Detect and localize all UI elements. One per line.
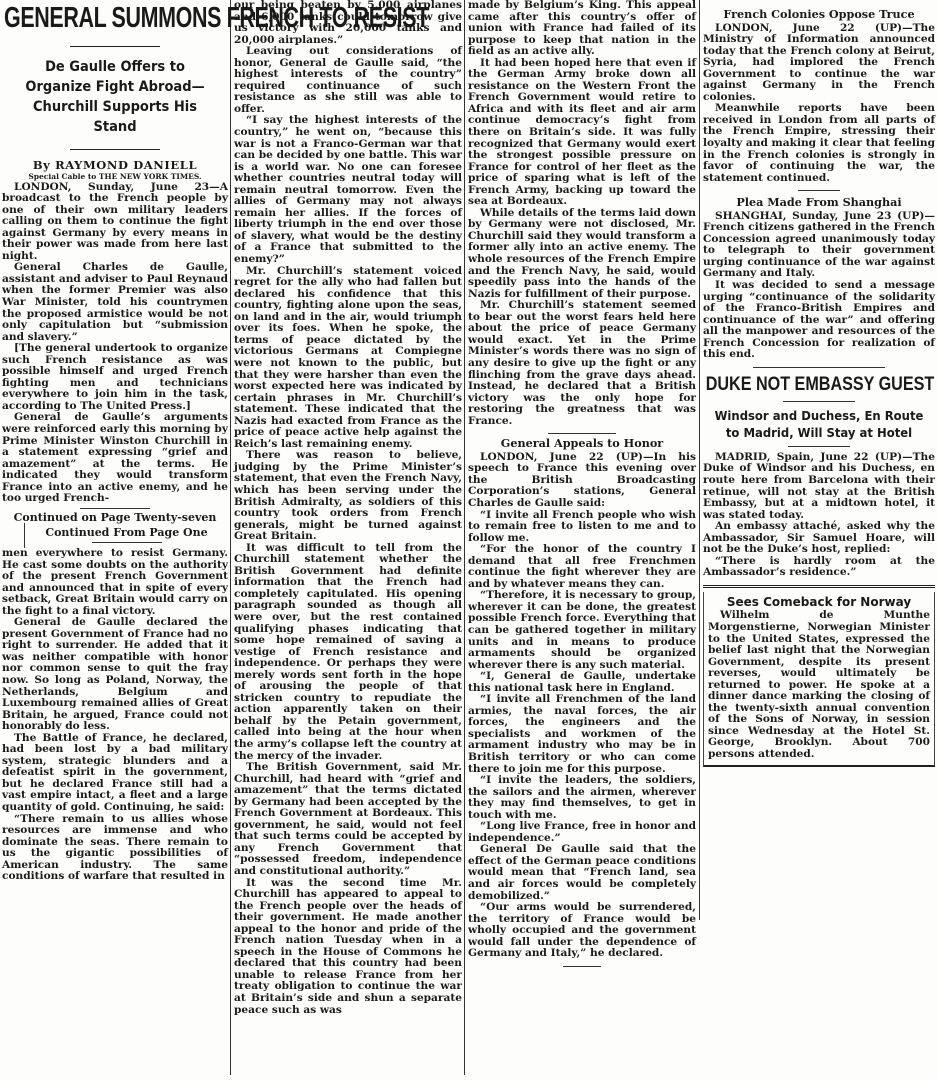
paragraph: “I, General de Gaulle, undertake this na… [468, 671, 696, 694]
column-rule [230, 0, 231, 1075]
jump-to-line: Continued on Page Twenty-seven [2, 512, 228, 524]
paragraph: “I invite all Frenchmen of the land armi… [468, 694, 696, 775]
paragraph: LONDON, June 22 (UP)—In his speech to Fr… [468, 452, 696, 510]
headline-rule [70, 46, 160, 47]
section-heading-norway: Sees Comeback for Norway [708, 597, 930, 609]
norway-box: Sees Comeback for Norway Wilhelm de Munt… [703, 592, 935, 767]
duke-subheadline: Windsor and Duchess, En Route to Madrid,… [711, 407, 927, 441]
duke-headline: DUKE NOT EMBASSY GUEST [705, 374, 935, 396]
paragraph: It was the second time Mr. Churchill has… [234, 878, 462, 1017]
headline-rule [783, 401, 855, 402]
paragraph: General De Gaulle said that the effect o… [468, 844, 696, 902]
paragraph: It was decided to send a message urging … [703, 280, 935, 361]
paragraph: An embassy attaché, asked why the Ambass… [703, 521, 935, 556]
paragraph: General Charles de Gaulle, assistant and… [2, 262, 228, 343]
column-3: made by Belgium’s King. This appeal came… [468, 0, 696, 973]
jump-rule [80, 508, 150, 509]
paragraph: SHANGHAI, Sunday, June 23 (UP)—French ci… [703, 211, 935, 280]
paragraph: “For the honor of the country I demand t… [468, 544, 696, 590]
paragraph: The Battle of France, he declared, had b… [2, 733, 228, 814]
paragraph: MADRID, Spain, June 22 (UP)—The Duke of … [703, 452, 935, 521]
paragraph: The British Government, said Mr. Churchi… [234, 762, 462, 877]
double-rule [703, 585, 935, 588]
section-heading-colonies: French Colonies Oppose Truce [703, 9, 935, 21]
paragraph: General de Gaulle declared the present G… [2, 617, 228, 732]
section-heading-appeal: General Appeals to Honor [468, 438, 696, 450]
paragraph: Leaving out considerations of honor, Gen… [234, 46, 462, 115]
paragraph: “Our arms would be surrendered, the terr… [468, 902, 696, 960]
section-rule [548, 433, 616, 434]
subheadline-rule [70, 149, 160, 150]
paragraph: “Long live France, free in honor and ind… [468, 821, 696, 844]
paragraph: Mr. Churchill’s statement voiced regret … [234, 266, 462, 451]
paragraph: LONDON, June 22 (UP)—The Ministry of Inf… [703, 23, 935, 104]
column-rule [699, 0, 700, 920]
newspaper-clipping: GENERAL SUMMONS FRENCH TO RESIST De Gaul… [0, 0, 938, 1080]
main-headline: GENERAL SUMMONS FRENCH TO RESIST [4, 2, 226, 34]
paragraph: Wilhelm de Munthe Morgenstierne, Norwegi… [708, 610, 930, 760]
paragraph: our being beaten by 5,000 airplanes and … [234, 0, 462, 46]
column-2: our being beaten by 5,000 airplanes and … [234, 0, 462, 1016]
main-subheadline: De Gaulle Offers to Organize Fight Abroa… [13, 57, 216, 137]
paragraph: It was difficult to tell from the Church… [234, 543, 462, 762]
paragraph: It had been hoped here that even if the … [468, 58, 696, 208]
column-1: GENERAL SUMMONS FRENCH TO RESIST De Gaul… [2, 0, 228, 883]
continuation-block: Continued From Page One [24, 523, 228, 548]
paragraph: While details of the terms laid down by … [468, 208, 696, 300]
paragraph: Meanwhile reports have been received in … [703, 103, 935, 184]
column-4: French Colonies Oppose Truce LONDON, Jun… [703, 0, 935, 767]
paragraph: LONDON, Sunday, June 23—A broadcast to t… [2, 182, 228, 263]
article-separator [753, 367, 885, 368]
paragraph: “I invite all French people who wish to … [468, 510, 696, 545]
paragraph: “I invite the leaders, the soldiers, the… [468, 775, 696, 821]
paragraph: General de Gaulle’s arguments were reinf… [2, 412, 228, 504]
paragraph: made by Belgium’s King. This appeal came… [468, 0, 696, 58]
paragraph: There was reason to believe, judging by … [234, 450, 462, 542]
paragraph: Mr. Churchill’s statement seemed to bear… [468, 300, 696, 427]
paragraph: [The general undertook to organize such … [2, 343, 228, 412]
section-heading-shanghai: Plea Made From Shanghai [703, 197, 935, 209]
paragraph: men everywhere to resist Germany. He cas… [2, 548, 228, 617]
paragraph: “I say the highest interests of the coun… [234, 115, 462, 265]
paragraph: “There is hardly room at the Ambassador’… [703, 556, 935, 579]
jump-rule [92, 542, 162, 543]
subheadline-rule [788, 446, 850, 447]
end-rule [563, 966, 601, 967]
paragraph: “Therefore, it is necessary to group, wh… [468, 590, 696, 671]
byline: By RAYMOND DANIELL [2, 160, 228, 172]
section-rule [798, 190, 840, 191]
jump-from-line: Continued From Page One [25, 527, 228, 539]
paragraph: “There remain to us allies whose resourc… [2, 814, 228, 883]
column-rule [464, 0, 465, 1075]
